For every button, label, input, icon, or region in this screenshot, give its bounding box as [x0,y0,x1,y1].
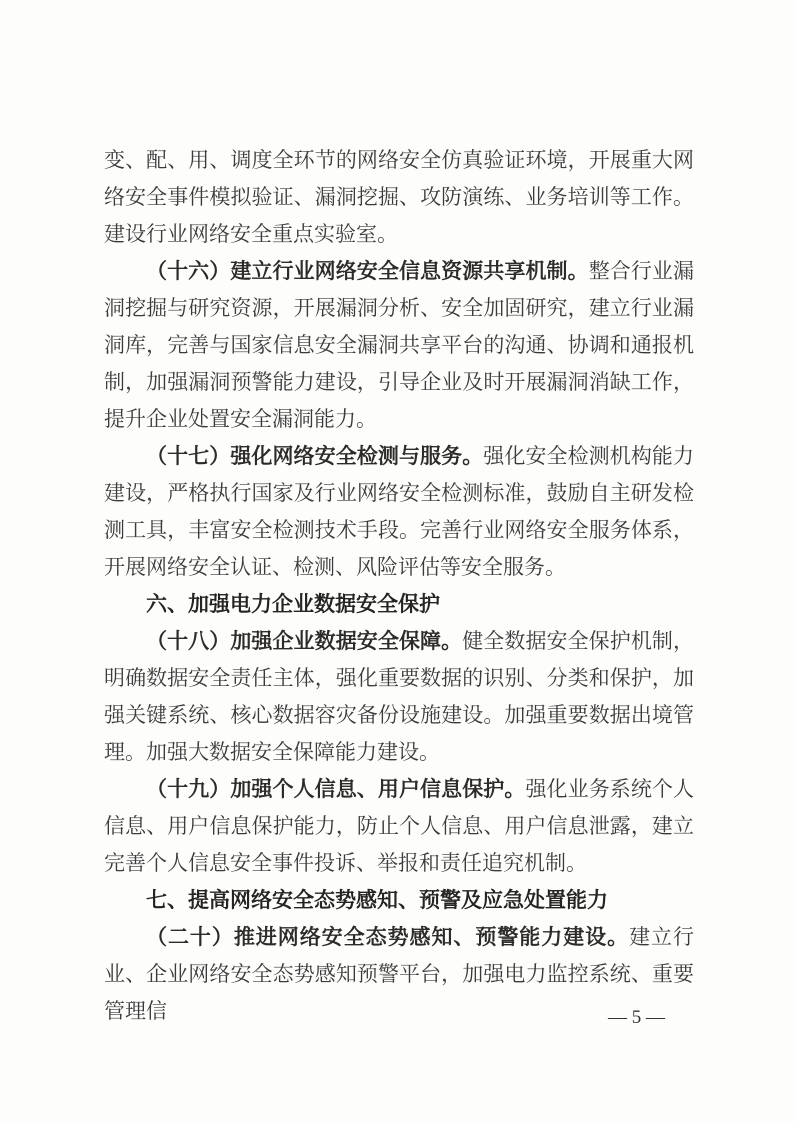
item-16-text: 整合行业漏洞挖掘与研究资源，开展漏洞分析、安全加固研究，建立行业漏洞库，完善与国… [104,259,694,431]
item-16-lead: （十六）建立行业网络安全信息资源共享机制。 [146,259,589,283]
paragraph-item-20: （二十）推进网络安全态势感知、预警能力建设。建立行业、企业网络安全态势感知预警平… [104,919,694,1030]
paragraph-item-16: （十六）建立行业网络安全信息资源共享机制。整合行业漏洞挖掘与研究资源，开展漏洞分… [104,253,694,438]
item-17-lead: （十七）强化网络安全检测与服务。 [146,444,483,468]
paragraph-item-17: （十七）强化网络安全检测与服务。强化安全检测机构能力建设，严格执行国家及行业网络… [104,438,694,586]
section-heading-6: 六、加强电力企业数据安全保护 [104,586,694,623]
page-number: — 5 — [608,1003,665,1033]
item-18-lead: （十八）加强企业数据安全保障。 [146,629,462,653]
paragraph-item-19: （十九）加强个人信息、用户信息保护。强化业务系统个人信息、用户信息保护能力，防止… [104,771,694,882]
document-body: 变、配、用、调度全环节的网络安全仿真验证环境，开展重大网络安全事件模拟验证、漏洞… [104,142,694,1030]
paragraph-item-18: （十八）加强企业数据安全保障。健全数据安全保护机制，明确数据安全责任主体，强化重… [104,623,694,771]
item-20-lead: （二十）推进网络安全态势感知、预警能力建设。 [146,925,629,949]
document-page: 变、配、用、调度全环节的网络安全仿真验证环境，开展重大网络安全事件模拟验证、漏洞… [0,0,795,1124]
paragraph-continued: 变、配、用、调度全环节的网络安全仿真验证环境，开展重大网络安全事件模拟验证、漏洞… [104,142,694,253]
item-19-lead: （十九）加强个人信息、用户信息保护。 [146,777,525,801]
section-heading-7: 七、提高网络安全态势感知、预警及应急处置能力 [104,882,694,919]
